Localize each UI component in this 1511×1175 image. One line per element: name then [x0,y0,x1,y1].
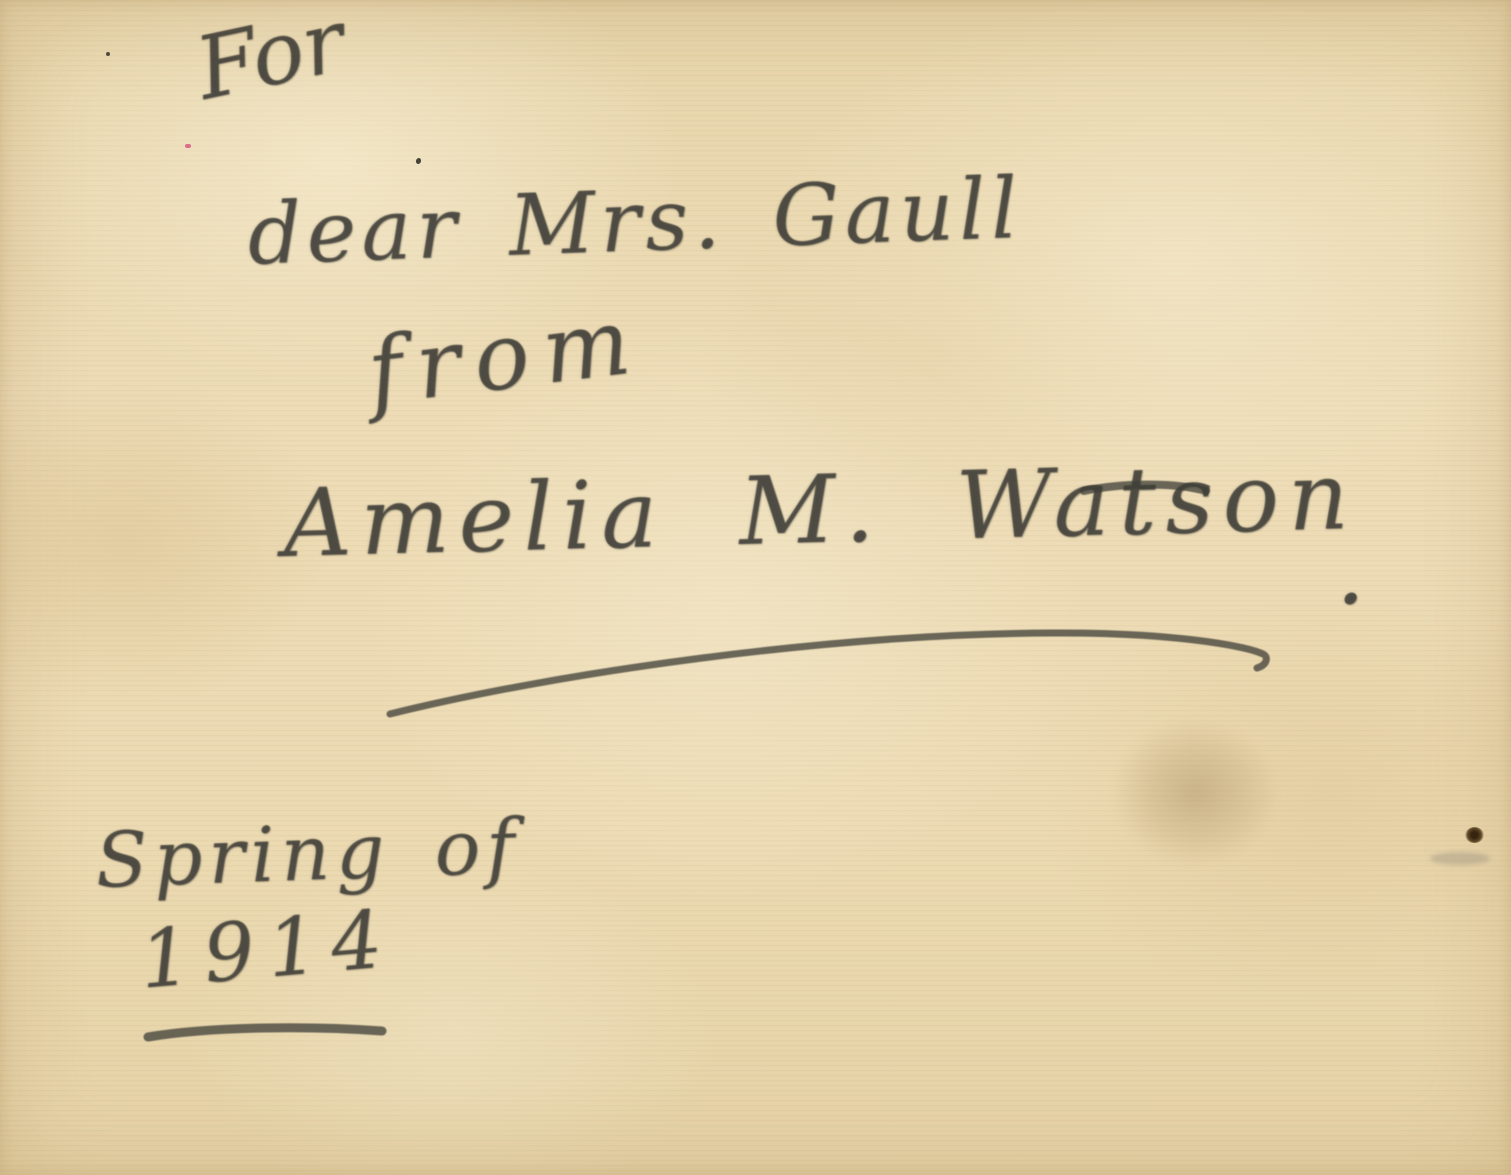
pink-fiber-fleck [185,144,191,148]
paper-speck [106,52,110,56]
signature-period-dot: . [1336,526,1365,618]
inscription-recipient-line: dear Mrs. Gaull [246,159,1024,284]
signature-flourish-underline [390,633,1266,714]
paper-speck [415,157,422,164]
inscription-date-season: Spring of [94,801,522,905]
aged-paper-sheet: For dear Mrs. Gaull from Amelia M. Watso… [0,0,1511,1175]
smudge-mark [1430,852,1490,865]
year-underline [148,1028,382,1037]
inscription-date-year: 1914 [136,892,399,1007]
ink-spot [1465,827,1484,843]
inscription-connector: from [362,286,650,426]
paper-stain-blotch [1108,715,1283,870]
inscription-signature: Amelia M. Watson [282,442,1359,579]
inscription-salutation: For [188,0,353,120]
